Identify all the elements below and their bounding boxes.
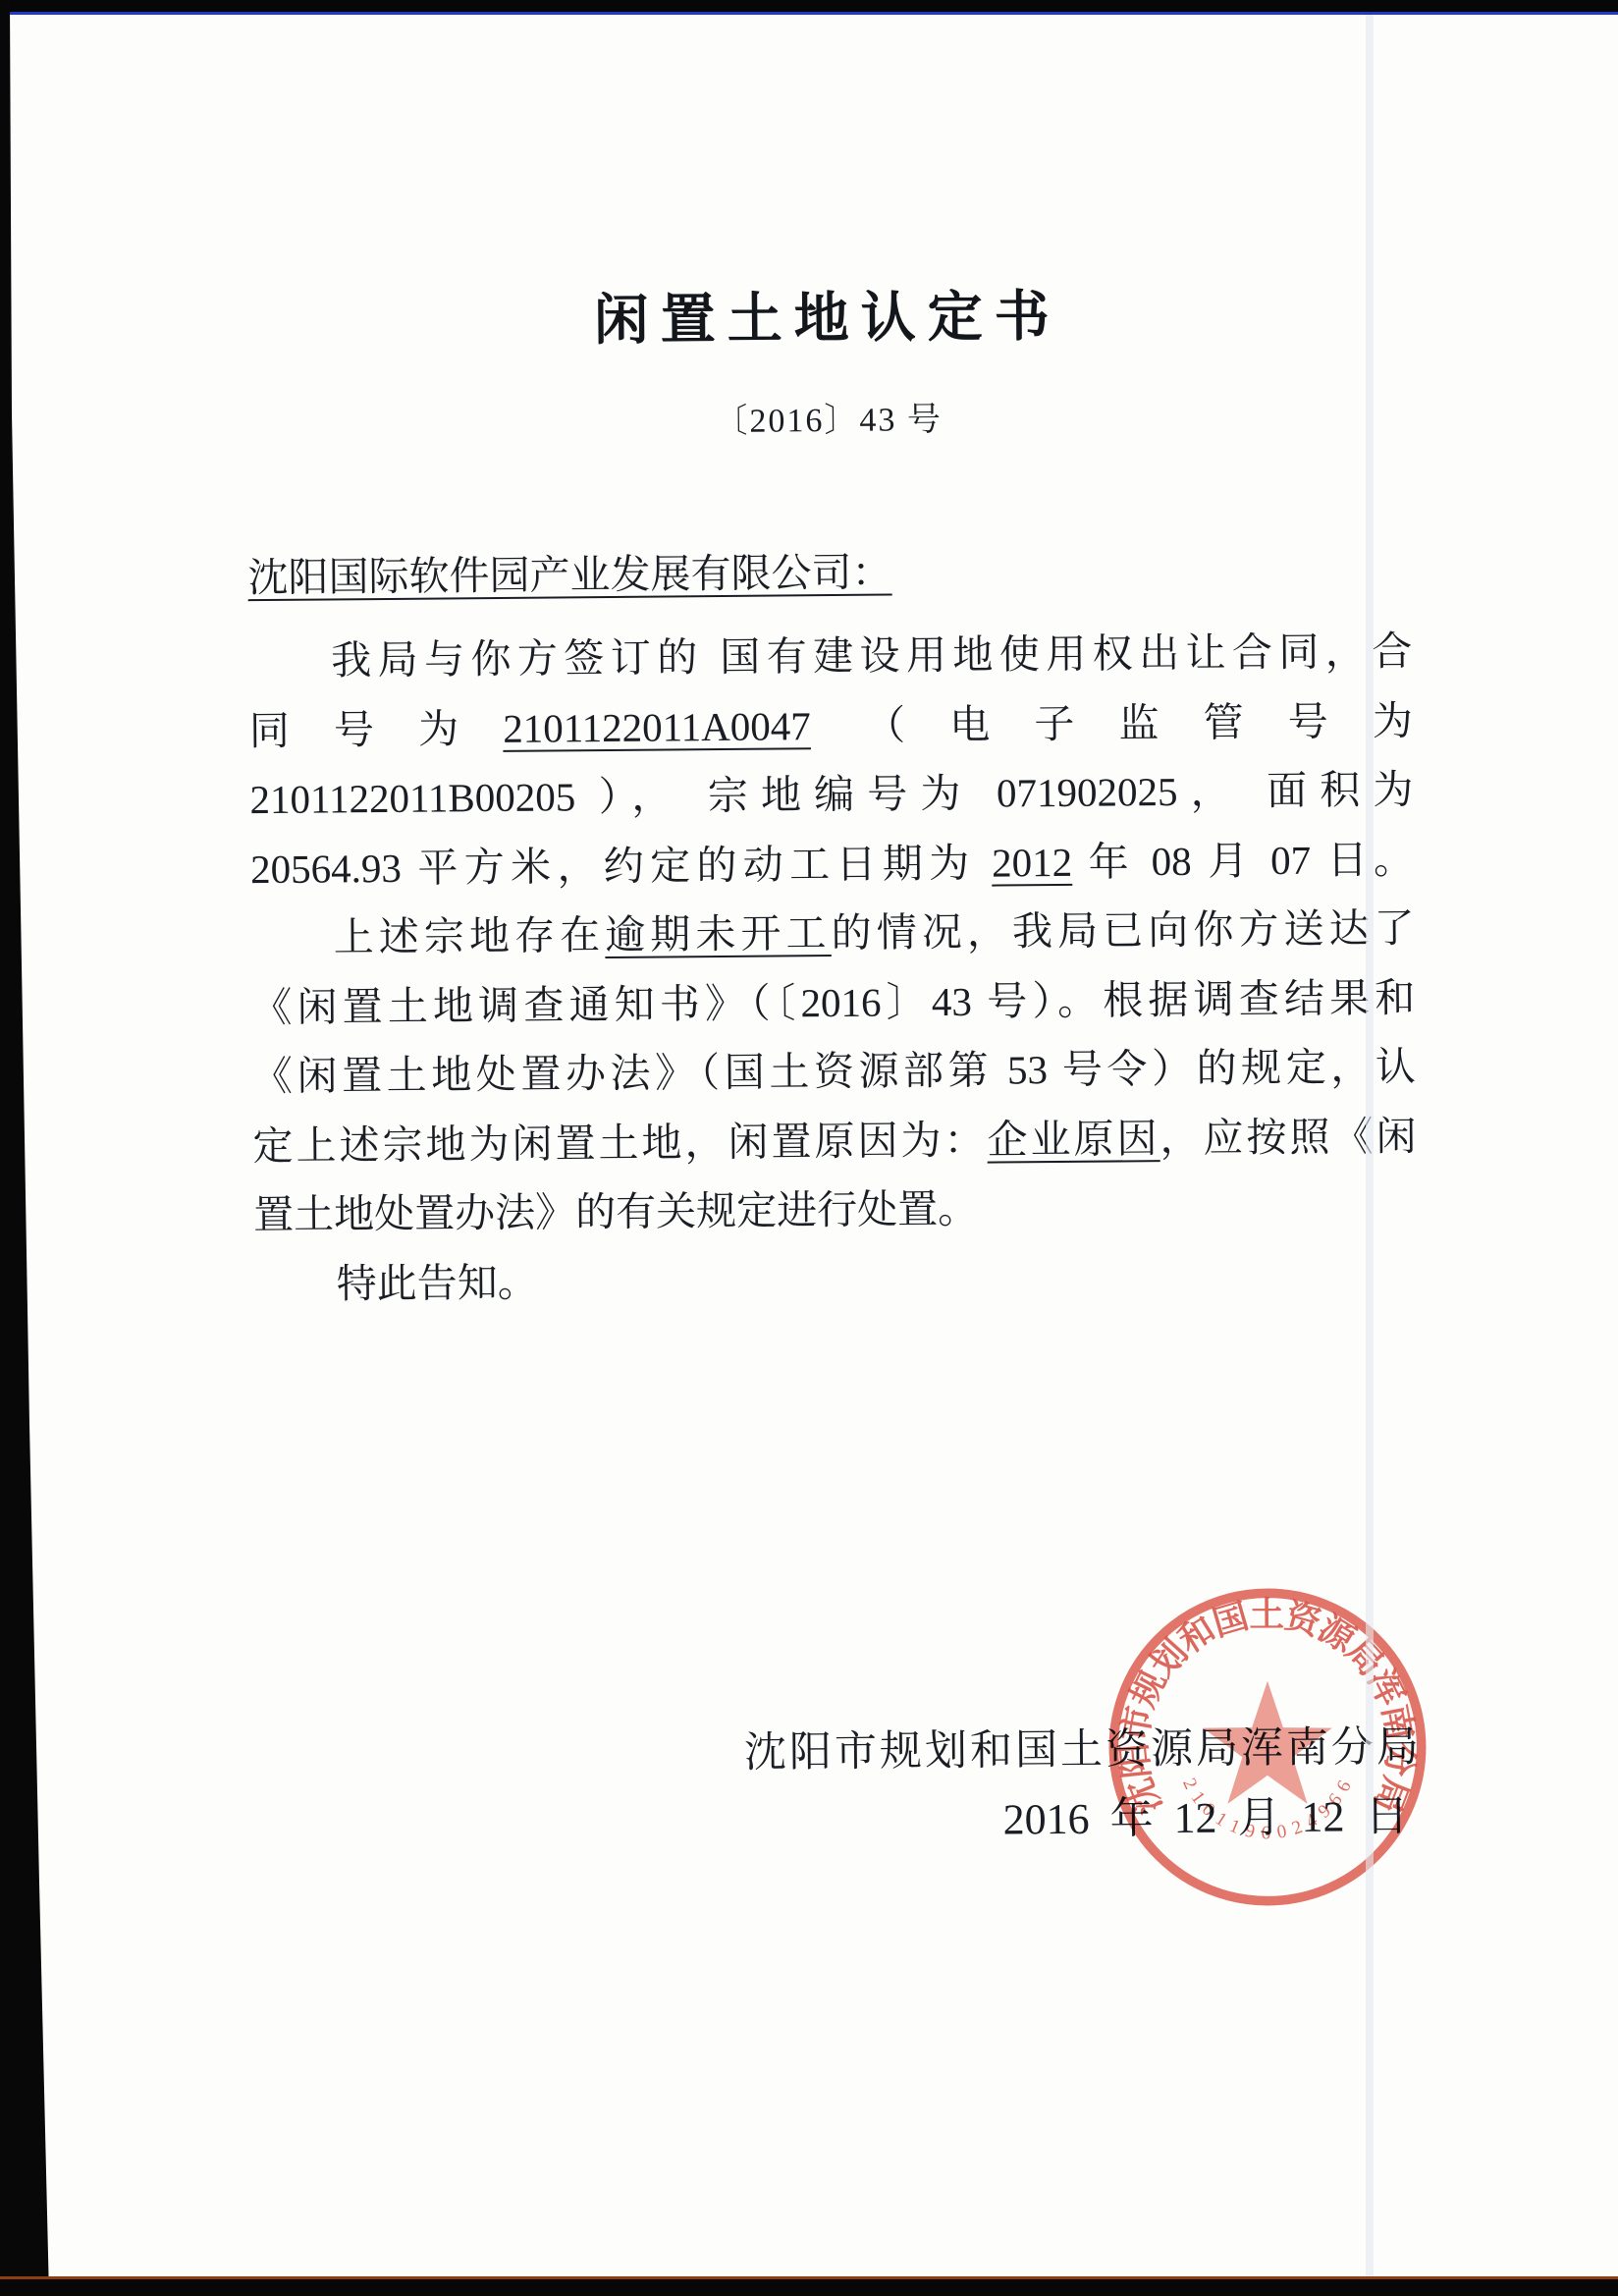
seal-serial: 2101196024966 xyxy=(1178,1776,1356,1844)
body-text: 我局与你方签订的 国有建设用地使用权出让合同，合 xyxy=(331,629,1412,683)
scanner-streak xyxy=(1366,14,1374,2278)
body-line: 20564.93 平方米，约定的动工日期为 2012 年 08 月 07 日。 xyxy=(250,824,1415,903)
recipient-name: 沈阳国际软件园产业发展有限公司： xyxy=(247,549,891,600)
body-line: 《闲置土地调查通知书》（〔2016〕43 号）。根据调查结果和 xyxy=(251,962,1416,1042)
body-text: （ 电 子 监 管 号 为 xyxy=(811,697,1413,747)
body-line: 《闲置土地处置办法》（国土资源部第 53 号令）的规定，认 xyxy=(252,1032,1417,1112)
body-text: 20564.93 平方米，约定的动工日期为 xyxy=(250,840,992,892)
body-line: 同 号 为 2101122011A0047 （ 电 子 监 管 号 为 xyxy=(249,685,1414,765)
body-text: 同 号 为 xyxy=(249,705,504,752)
underlined-text: 2101122011A0047 xyxy=(503,703,811,751)
body-text: 置土地处置办法》的有关规定进行处置。 xyxy=(253,1186,978,1237)
body-text: 特此告知。 xyxy=(337,1259,538,1306)
document-text-layer: 闲置土地认定书 〔2016〕43 号 沈阳国际软件园产业发展有限公司： 我局与你… xyxy=(243,0,1426,2296)
body-text: 定上述宗地为闲置土地，闲置原因为： xyxy=(252,1117,987,1169)
official-seal: 沈阳市规划和国土资源局浑南分局 2101196024966 xyxy=(1098,1577,1437,1917)
body-line: 我局与你方签订的 国有建设用地使用权出让合同，合 xyxy=(248,617,1413,696)
document-number: 〔2016〕43 号 xyxy=(246,388,1410,446)
seal-star-icon xyxy=(1203,1681,1332,1804)
scan-border-bottom xyxy=(0,2279,1618,2296)
body-line: 上述宗地存在逾期未开工的情况，我局已向你方送达了 xyxy=(250,894,1415,973)
body-text: 上述宗地存在 xyxy=(333,912,605,959)
scan-border-left xyxy=(0,0,59,2296)
body-text: 《闲置土地处置办法》（国土资源部第 53 号令）的规定，认 xyxy=(252,1044,1416,1099)
scan-border-top-blue-line xyxy=(0,12,1618,15)
body-lines: 我局与你方签订的 国有建设用地使用权出让合同，合同 号 为 2101122011… xyxy=(248,617,1418,1319)
body-line: 定上述宗地为闲置土地，闲置原因为：企业原因，应按照《闲 xyxy=(252,1101,1417,1180)
underlined-text: 逾期未开工 xyxy=(605,910,832,957)
body-line: 特此告知。 xyxy=(253,1239,1418,1319)
scanned-page: 闲置土地认定书 〔2016〕43 号 沈阳国际软件园产业发展有限公司： 我局与你… xyxy=(0,0,1618,2296)
body-text: ，应按照《闲 xyxy=(1160,1113,1416,1160)
svg-text:2101196024966: 2101196024966 xyxy=(1178,1776,1356,1844)
document-title: 闲置土地认定书 xyxy=(245,270,1410,358)
underlined-text: 企业原因 xyxy=(987,1116,1160,1163)
scan-border-top xyxy=(0,0,1618,12)
recipient-line: 沈阳国际软件园产业发展有限公司： xyxy=(247,539,891,603)
body-line: 2101122011B00205 ）， 宗地编号为 071902025， 面积为 xyxy=(249,755,1414,835)
body-text: 的情况，我局已向你方送达了 xyxy=(831,905,1414,956)
body-text: 年 08 月 07 日。 xyxy=(1072,836,1414,884)
body-line: 置土地处置办法》的有关规定进行处置。 xyxy=(253,1171,1418,1250)
body-text: 2101122011B00205 ）， 宗地编号为 071902025， 面积为 xyxy=(249,767,1413,822)
underlined-text: 2012 xyxy=(992,839,1072,885)
body-text: 《闲置土地调查通知书》（〔2016〕43 号）。根据调查结果和 xyxy=(251,974,1415,1029)
